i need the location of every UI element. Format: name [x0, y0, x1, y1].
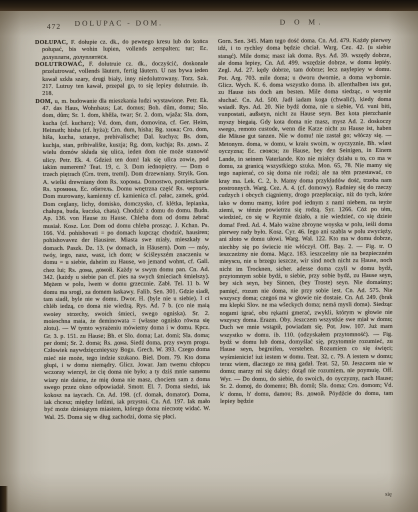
catchword: się — [385, 492, 392, 498]
text-column-right: Gorn. Sen. 345. Mam tego dość doma. Cn. … — [218, 38, 394, 491]
running-head-right: D O M. — [213, 17, 391, 27]
text-columns: DOŁUPAĆ, F. dołupie cz. dk., do pewnego … — [0, 35, 418, 493]
text-column-left: DOŁUPAĆ, F. dołupie cz. dk., do pewnego … — [35, 39, 211, 492]
running-head-left: DOLUPAC - DOM. — [35, 18, 203, 28]
headword-dolupac: DOŁUPAĆ, — [35, 40, 68, 46]
entry-body-dom: u, m. budowanie dla mieszkania ludzi wys… — [42, 98, 210, 421]
headword-dom: DOM, — [35, 99, 52, 105]
dictionary-entry-dolupac: DOŁUPAĆ, F. dołupie cz. dk., do pewnego … — [35, 39, 208, 62]
scanned-dictionary-page: 472 DOLUPAC - DOM. D O M. DOŁUPAĆ, F. do… — [0, 0, 418, 512]
dictionary-entry-dom: DOM, u, m. budowanie dla mieszkania ludz… — [35, 98, 210, 422]
dictionary-entry-dom-continuation: Gorn. Sen. 345. Mam tego dość doma. Cn. … — [218, 38, 393, 406]
page-paper: 472 DOLUPAC - DOM. D O M. DOŁUPAĆ, F. do… — [0, 11, 418, 512]
page-content: 472 DOLUPAC - DOM. D O M. DOŁUPAĆ, F. do… — [0, 10, 418, 512]
headword-dolutrowac: DOLUTROWAĆ, — [35, 62, 84, 68]
dictionary-entry-dolutrowac: DOLUTROWAĆ, F. dolutruie cz. dk., doczyś… — [35, 61, 208, 99]
page-header: 472 DOLUPAC - DOM. D O M. — [0, 17, 417, 38]
book-edge-bottom-left — [0, 486, 8, 512]
